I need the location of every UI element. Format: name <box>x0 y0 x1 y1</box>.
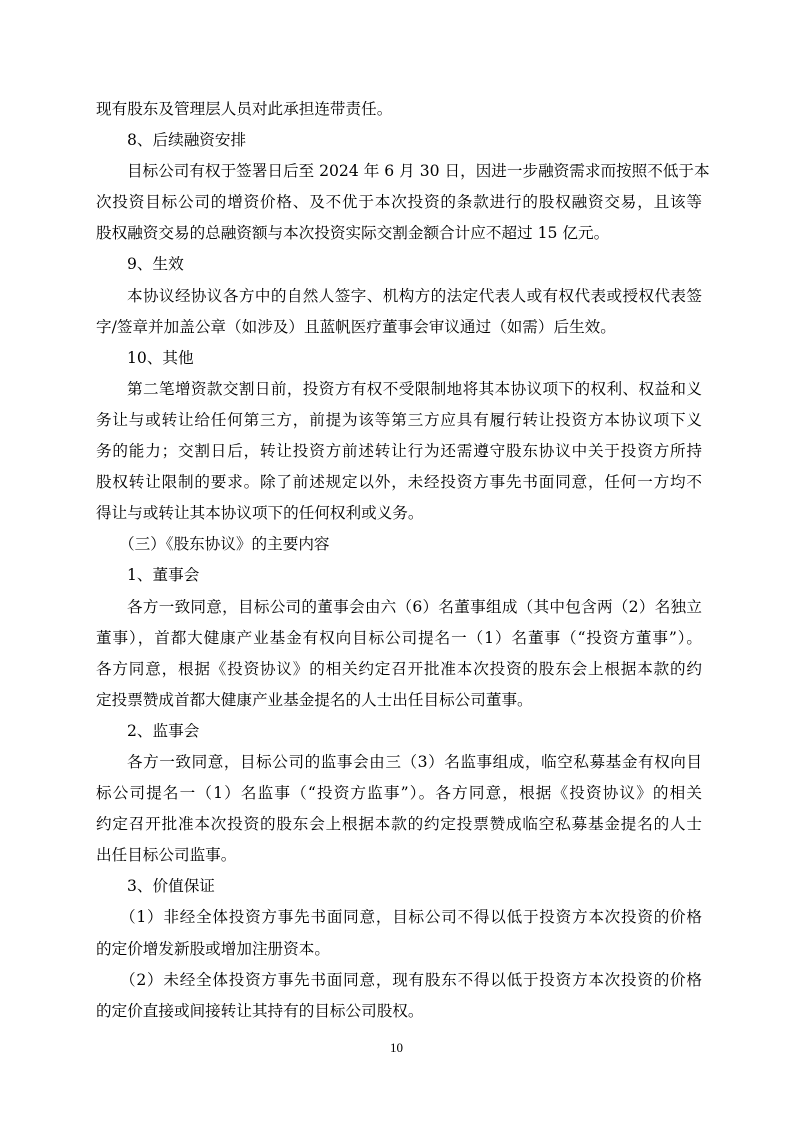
paragraph-line: 现有股东及管理层人员对此承担连带责任。 <box>96 94 702 125</box>
paragraph-line: （2）未经全体投资方事先书面同意，现有股东不得以低于投资方本次投资的价格 <box>96 965 702 996</box>
document-page: 现有股东及管理层人员对此承担连带责任。 8、后续融资安排 目标公司有权于签署日后… <box>96 94 702 1027</box>
paragraph-line: 各方一致同意，目标公司的监事会由三（3）名监事组成，临空私募基金有权向目 <box>96 747 702 778</box>
paragraph-line: 务的能力；交割日后，转让投资方前述转让行为还需遵守股东协议中关于投资方所持 <box>96 436 702 467</box>
paragraph-line: 股权融资交易的总融资额与本次投资实际交割金额合计应不超过 15 亿元。 <box>96 218 702 249</box>
paragraph-line: 务让与或转让给任何第三方，前提为该等第三方应具有履行转让投资方本协议项下义 <box>96 405 702 436</box>
page-number: 10 <box>0 1040 793 1056</box>
paragraph-line: 各方一致同意，目标公司的董事会由六（6）名董事组成（其中包含两（2）名独立 <box>96 592 702 623</box>
paragraph-line: 的定价直接或间接转让其持有的目标公司股权。 <box>96 996 702 1027</box>
section-heading-8: 8、后续融资安排 <box>96 125 702 156</box>
paragraph-line: 标公司提名一（1）名监事（“投资方监事”）。各方同意，根据《投资协议》的相关 <box>96 778 702 809</box>
paragraph-line: 第二笔增资款交割日前，投资方有权不受限制地将其本协议项下的权利、权益和义 <box>96 374 702 405</box>
paragraph-line: 董事），首都大健康产业基金有权向目标公司提名一（1）名董事（“投资方董事”）。 <box>96 623 702 654</box>
paragraph-line: 约定召开批准本次投资的股东会上根据本款的约定投票赞成临空私募基金提名的人士 <box>96 809 702 840</box>
paragraph-line: 本协议经协议各方中的自然人签字、机构方的法定代表人或有权代表或授权代表签 <box>96 281 702 312</box>
subsection-heading: （三）《股东协议》的主要内容 <box>96 529 702 560</box>
section-heading-9: 9、生效 <box>96 249 702 280</box>
section-heading-3: 3、价值保证 <box>96 871 702 902</box>
paragraph-line: 股权转让限制的要求。除了前述规定以外，未经投资方事先书面同意，任何一方均不 <box>96 467 702 498</box>
paragraph-line: 的定价增发新股或增加注册资本。 <box>96 934 702 965</box>
paragraph-line: 定投票赞成首都大健康产业基金提名的人士出任目标公司董事。 <box>96 685 702 716</box>
section-heading-2: 2、监事会 <box>96 716 702 747</box>
paragraph-line: （1）非经全体投资方事先书面同意，目标公司不得以低于投资方本次投资的价格 <box>96 902 702 933</box>
paragraph-line: 出任目标公司监事。 <box>96 840 702 871</box>
section-heading-1: 1、董事会 <box>96 560 702 591</box>
paragraph-line: 次投资目标公司的增资价格、及不优于本次投资的条款进行的股权融资交易，且该等 <box>96 187 702 218</box>
section-heading-10: 10、其他 <box>96 343 702 374</box>
paragraph-line: 字/签章并加盖公章（如涉及）且蓝帆医疗董事会审议通过（如需）后生效。 <box>96 312 702 343</box>
paragraph-line: 目标公司有权于签署日后至 2024 年 6 月 30 日，因进一步融资需求而按照… <box>96 156 702 187</box>
paragraph-line: 各方同意，根据《投资协议》的相关约定召开批准本次投资的股东会上根据本款的约 <box>96 654 702 685</box>
paragraph-line: 得让与或转让其本协议项下的任何权利或义务。 <box>96 498 702 529</box>
